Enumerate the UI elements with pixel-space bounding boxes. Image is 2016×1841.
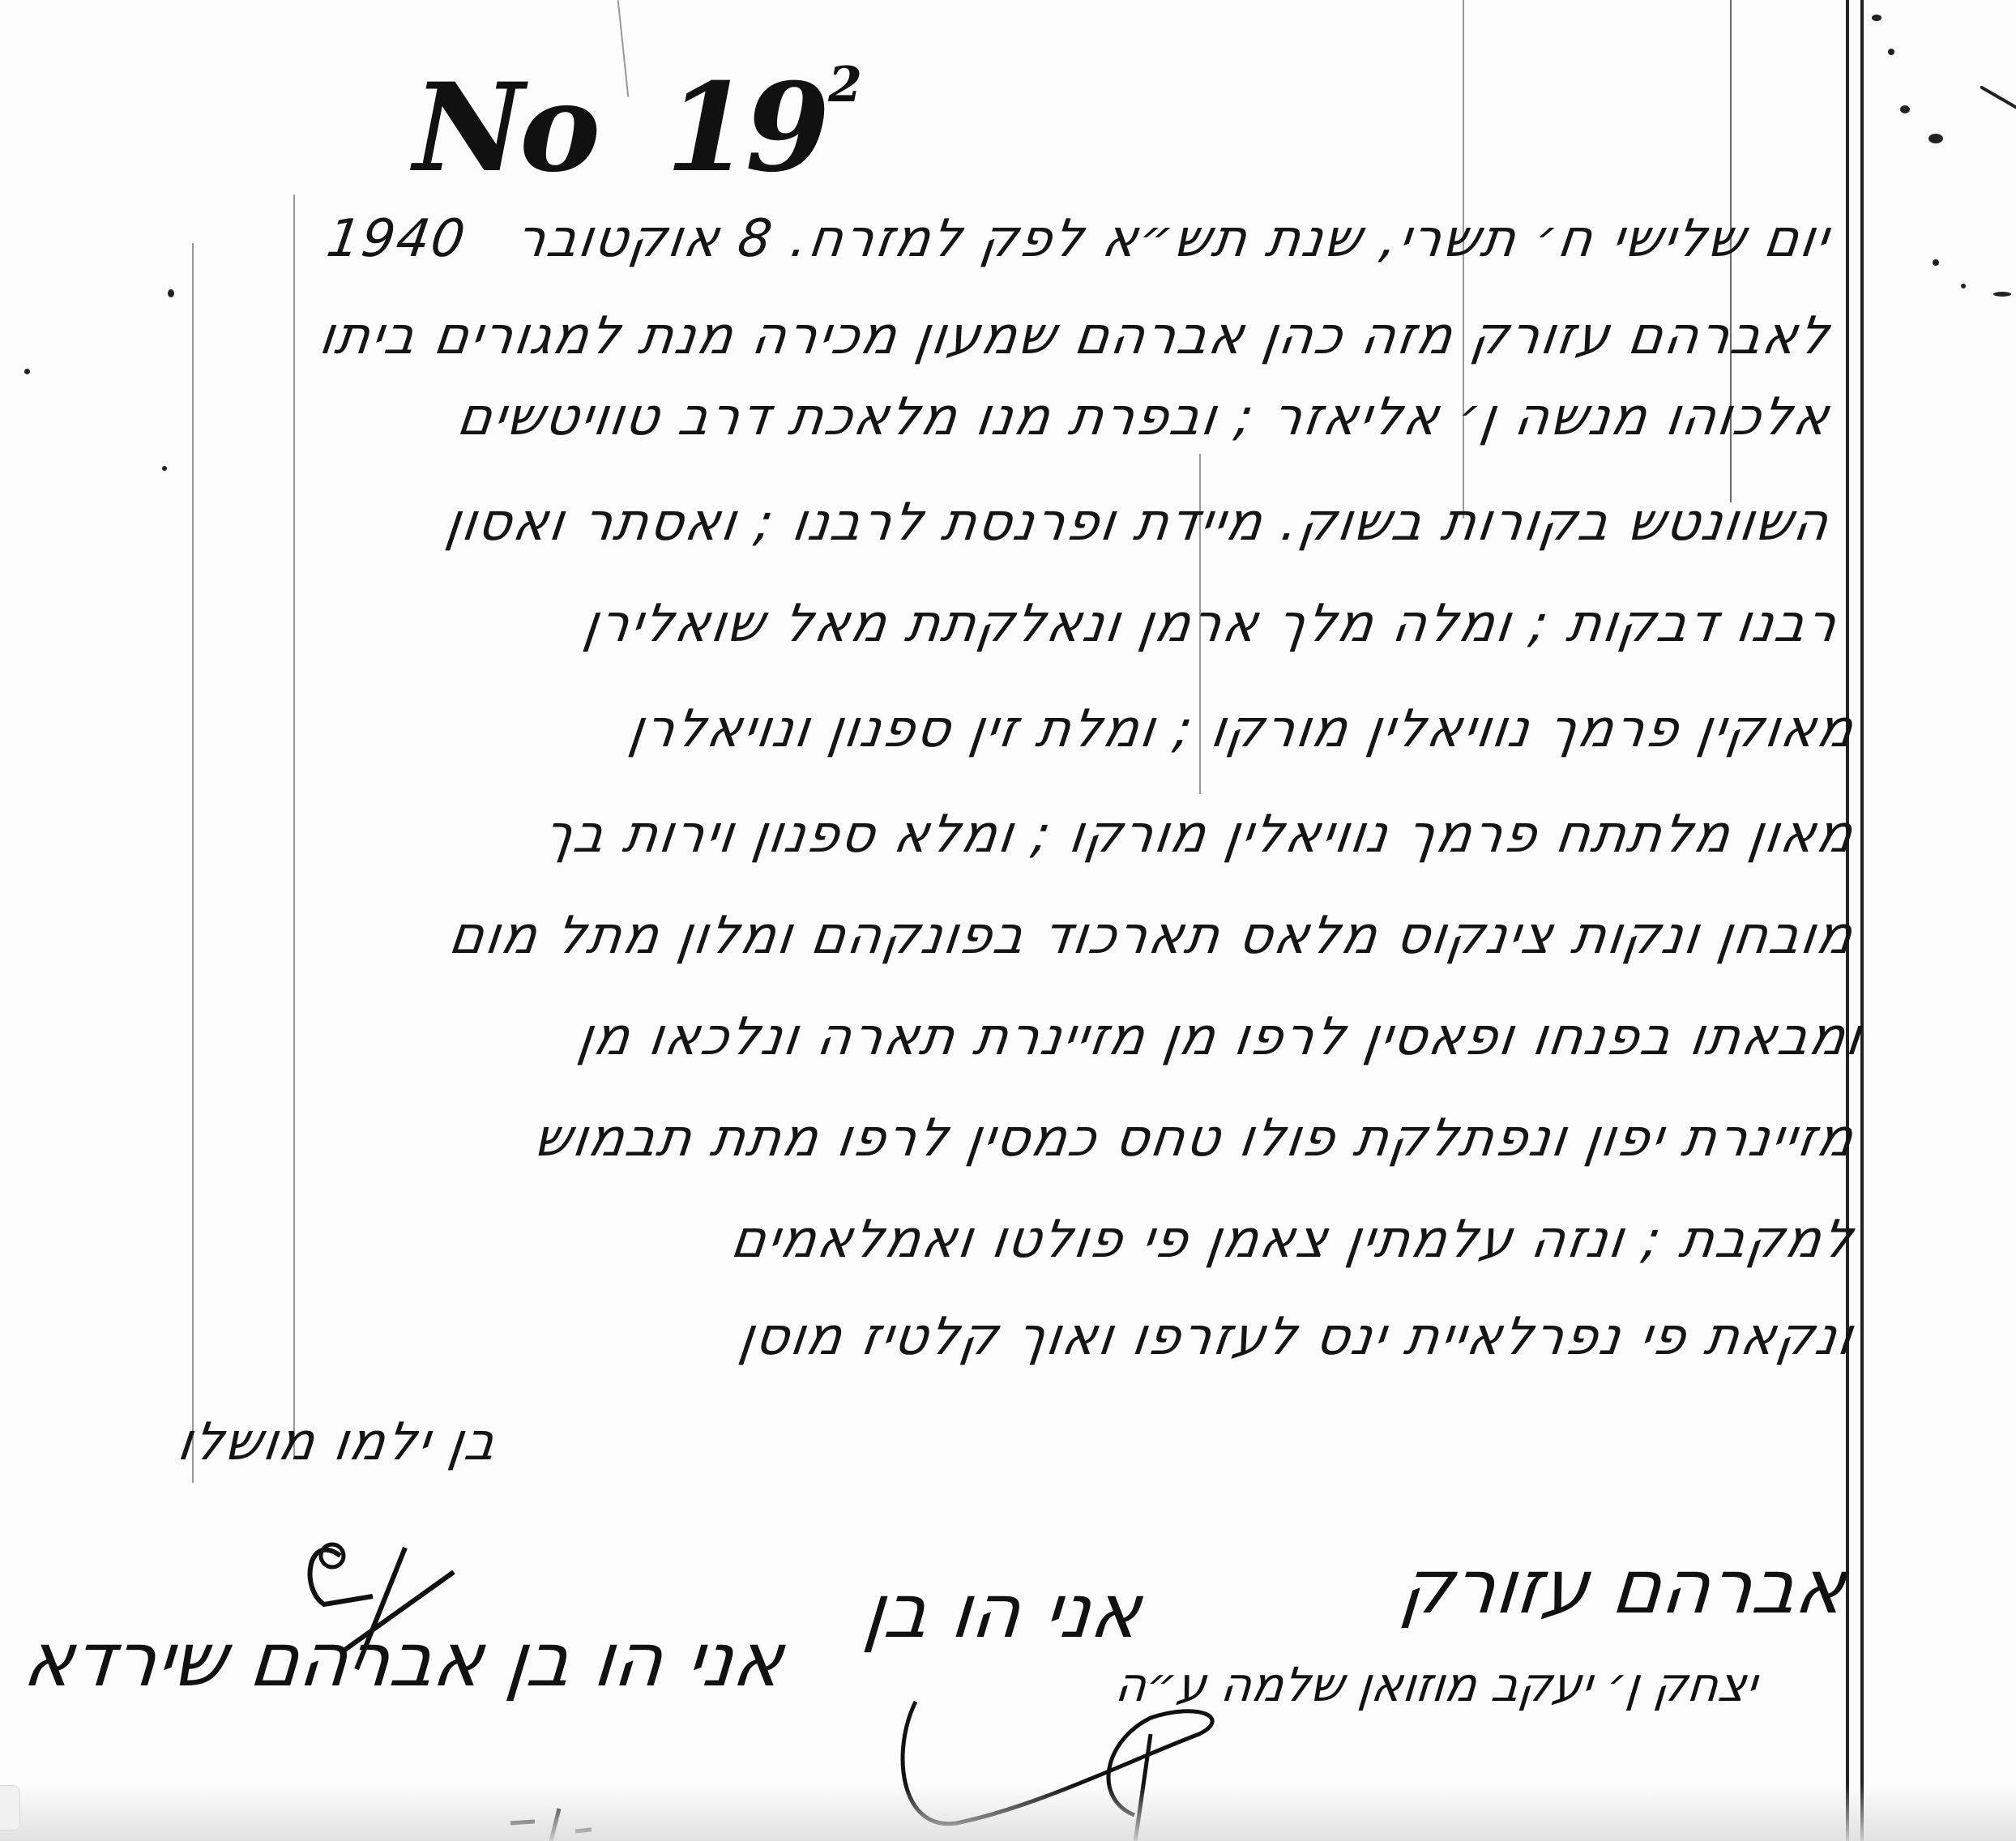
signature-flourish-left [292, 1523, 535, 1685]
body-line-5: מאוקין פרמך נוויאלין מורקו ; ומלת זין ספ… [625, 697, 1859, 762]
ink-speck [1933, 259, 1939, 266]
ink-speck [1980, 85, 2016, 112]
body-line-9: מזיינרת יפון ונפתלקת פולו טחס כמסין לרפו… [530, 1106, 1859, 1171]
signature-right-text: אברהם עזורק [1397, 1544, 1851, 1630]
number-label: No [413, 57, 596, 199]
ink-speck [168, 289, 174, 297]
body-line-10: למקבת ; ונזה עלמתין צאמן פי פולטו ואמלאמ… [728, 1207, 1859, 1272]
body-line-7: מובחן ונקות צינקוס מלאס תארכוד בפונקהם ו… [446, 903, 1859, 968]
scanned-document-page: No 192 יום שלישי ח׳ תשרי, שנת תש״א לפק ל… [0, 0, 2016, 1841]
number-value: 19 [665, 57, 825, 199]
right-margin-rule-b [1860, 0, 1864, 1841]
left-margin-rule-outer [192, 243, 194, 1483]
signature-prefix-text: אני הו בן [861, 1568, 1146, 1655]
ink-speck [1993, 292, 2011, 297]
body-line-6: מאון מלתתח פרמך נוויאלין מורקו ; ומלא ספ… [540, 802, 1858, 867]
ink-speck [1888, 49, 1894, 55]
date-year: 1940 [323, 209, 470, 269]
ink-speck [1961, 284, 1966, 288]
number-superscript: 2 [828, 57, 857, 113]
ink-speck [162, 466, 167, 471]
bottom-viewer-fade [0, 1784, 2016, 1841]
body-line-3: השוונטש בקורות בשוק. מיידת ופרנסת לרבנו … [442, 490, 1834, 555]
body-line-12: בן ילמו מושלו [173, 1410, 501, 1475]
document-number: No 192 [413, 57, 857, 199]
body-line-8: ומבאתו בפנחו ופאסין לרפו מן מזיינרת תארה… [574, 1005, 1867, 1070]
signature-right-prefix: אני הו בן [861, 1568, 1146, 1655]
body-line-1: לאברהם עזורק מזה כהן אברהם שמעון מכירה מ… [315, 304, 1834, 369]
date-line: יום שלישי ח׳ תשרי, שנת תש״א לפק למזרח. 8… [323, 207, 1834, 271]
body-line-11: ונקאת פי נפרלאיית ינס לעזרפו ואוך קלטיז … [736, 1305, 1859, 1369]
left-margin-rule-inner [293, 194, 295, 1459]
body-line-4: רבנו דבקות ; ומלה מלך ארמן ונאלקתת מאל ש… [580, 592, 1843, 656]
body-line-2: אלכוהו מנשה ן׳ אליאזר ; ובפרת מנו מלאכת … [453, 385, 1834, 450]
signature-right-main: אברהם עזורק [1397, 1544, 1851, 1630]
ink-speck [1872, 15, 1881, 21]
ink-speck [1928, 134, 1943, 143]
ink-speck [1900, 105, 1910, 113]
ink-speck [24, 369, 30, 374]
date-line-text: יום שלישי ח׳ תשרי, שנת תש״א לפק למזרח. 8… [512, 209, 1834, 269]
viewer-side-tab[interactable] [0, 1785, 20, 1830]
